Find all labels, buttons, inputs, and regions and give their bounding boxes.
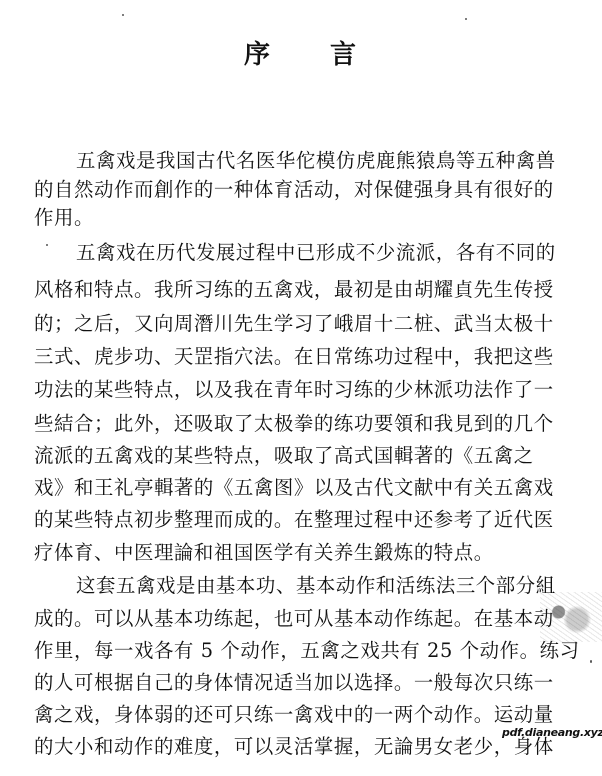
paragraph-2-line: 流派的五禽戏的某些特点，吸取了高式国輯著的《五禽之 (34, 444, 574, 468)
paragraph-3-line: 禽之戏，身体弱的还可只练一禽戏中的一两个动作。运动量 (34, 703, 574, 727)
scan-speck (590, 660, 592, 663)
scan-speck (122, 14, 124, 16)
paragraph-2-line: 些結合；此外，还吸取了太极拳的练功要領和我見到的几个 (34, 412, 574, 436)
paragraph-3-line: 的大小和动作的难度，可以灵活掌握，无論男女老少，身体 (34, 735, 574, 759)
paragraph-1-line: 五禽戏是我国古代名医华佗模仿虎鹿熊猿鳥等五种禽兽 (76, 149, 602, 173)
watermark-text: pdf.dianeang.xyz (502, 726, 602, 739)
scanned-book-page: 序言 五禽戏是我国古代名医华佗模仿虎鹿熊猿鳥等五种禽兽 的自然动作而創作的一种体… (0, 0, 602, 776)
paragraph-3-line: 作里，每一戏各有 5 个动作，五禽之戏共有 25 个动作。练习 (34, 639, 574, 663)
paragraph-3-line: 的人可根据自己的身体情况适当加以选择。一般每次只练一 (34, 671, 574, 695)
paragraph-2-line: 的某些特点初步整理而成的。在整理过程中还参考了近代医 (34, 508, 574, 532)
paragraph-2-line: 三式、虎步功、天罡指穴法。在日常练功过程中，我把这些 (34, 345, 574, 369)
paragraph-2-line: 疗体育、中医理論和祖国医学有关养生鍛炼的特点。 (34, 541, 574, 565)
title-char: 序 (244, 34, 272, 71)
title-char: 言 (330, 34, 358, 71)
paragraph-2-line: 戏》和王礼亭輯著的《五禽图》以及古代文献中有关五禽戏 (34, 476, 574, 500)
scan-noise-smudge (540, 592, 602, 642)
paragraph-2-line: 的；之后，又向周潛川先生学习了峨眉十二桩、武当太极十 (34, 312, 574, 336)
paragraph-1-line: 的自然动作而創作的一种体育活动，对保健强身具有很好的 (34, 178, 574, 202)
scan-speck (465, 18, 467, 20)
paragraph-2-line: 五禽戏在历代发展过程中已形成不少流派，各有不同的 (76, 241, 602, 265)
paragraph-3-line: 这套五禽戏是由基本功、基本动作和活练法三个部分組 (76, 574, 602, 598)
paragraph-2-line: 功法的某些特点，以及我在青年时习练的少林派功法作了一 (34, 378, 574, 402)
scan-speck (46, 244, 48, 246)
paragraph-3-line: 成的。可以从基本功练起，也可从基本动作练起。在基本动 (34, 607, 574, 631)
paragraph-2-line: 风格和特点。我所习练的五禽戏，最初是由胡耀貞先生传授 (34, 278, 574, 302)
paragraph-1-line: 作用。 (34, 206, 574, 230)
page-title: 序言 (0, 34, 602, 71)
